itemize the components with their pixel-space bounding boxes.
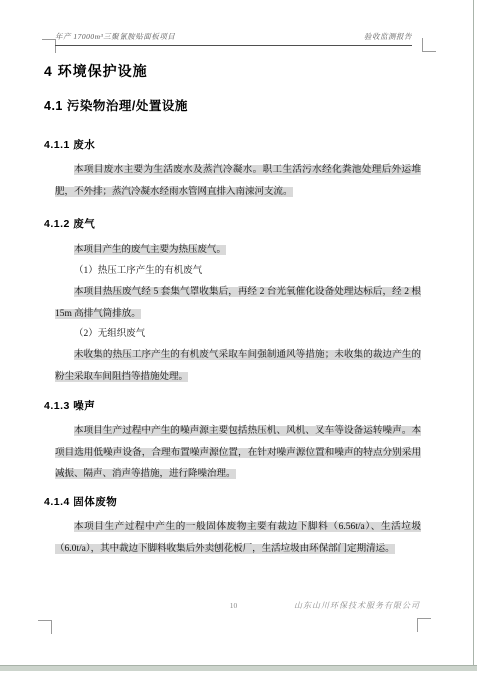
header-report-type: 验收监测报告 xyxy=(364,31,412,42)
crop-mark-top-left xyxy=(42,39,56,53)
page-right-edge xyxy=(473,0,474,665)
highlighted-text: 本项目废水主要为生活废水及蒸汽冷凝水。职工生活污水经化粪池处理后外运堆肥，不外排… xyxy=(55,165,421,197)
wastegas-item-2-label: （2）无组织废气 xyxy=(55,324,421,346)
page-bottom-edge xyxy=(0,665,477,671)
section-4-1-3-heading: 4.1.3 噪声 xyxy=(44,398,95,413)
section-4-1-2-heading: 4.1.2 废气 xyxy=(44,216,95,231)
section-4-1-1-heading: 4.1.1 废水 xyxy=(44,137,95,152)
document-page: 年产 17000m³三聚氰胺贴面板项目 验收监测报告 4 环境保护设施 4.1 … xyxy=(0,0,477,674)
highlighted-text: 未收集的热压工序产生的有机废气采取车间强制通风等措施；未收集的裁边产生的粉尘采取… xyxy=(55,350,421,382)
wastegas-item-1-label: （1）热压工序产生的有机废气 xyxy=(55,261,421,283)
highlighted-text: 本项目生产过程中产生的一般固体废物主要有裁边下脚料（6.56t/a）、生活垃圾（… xyxy=(55,522,421,554)
footer-company-name: 山东山川环保技术服务有限公司 xyxy=(294,600,420,611)
highlighted-text: 本项目热压废气经 5 套集气罩收集后，再经 2 台光氧催化设备处理达标后，经 2… xyxy=(55,287,421,319)
highlighted-text: 本项目生产过程中产生的噪声源主要包括热压机、风机、叉车等设备运转噪声。本项目选用… xyxy=(55,426,421,479)
highlighted-text: 本项目产生的废气主要为热压废气。 xyxy=(74,245,226,255)
solidwaste-paragraph: 本项目生产过程中产生的一般固体废物主要有裁边下脚料（6.56t/a）、生活垃圾（… xyxy=(55,517,421,560)
noise-paragraph: 本项目生产过程中产生的噪声源主要包括热压机、风机、叉车等设备运转噪声。本项目选用… xyxy=(55,421,421,486)
wastegas-paragraph-2: 本项目热压废气经 5 套集气罩收集后，再经 2 台光氧催化设备处理达标后，经 2… xyxy=(55,282,421,325)
wastewater-paragraph: 本项目废水主要为生活废水及蒸汽冷凝水。职工生活污水经化粪池处理后外运堆肥，不外排… xyxy=(55,160,421,203)
section-4-1-heading: 4.1 污染物治理/处置设施 xyxy=(44,96,188,114)
wastegas-paragraph-1: 本项目产生的废气主要为热压废气。 xyxy=(55,240,421,262)
crop-mark-top-right xyxy=(422,38,436,52)
crop-mark-bottom-left xyxy=(38,620,52,634)
page-header: 年产 17000m³三聚氰胺贴面板项目 验收监测报告 xyxy=(55,31,412,46)
header-project-title: 年产 17000m³三聚氰胺贴面板项目 xyxy=(55,31,175,42)
wastegas-paragraph-3: 未收集的热压工序产生的有机废气采取车间强制通风等措施；未收集的裁边产生的粉尘采取… xyxy=(55,345,421,388)
crop-mark-bottom-right xyxy=(417,618,431,632)
section-4-1-4-heading: 4.1.4 固体废物 xyxy=(44,494,117,509)
chapter-heading: 4 环境保护设施 xyxy=(44,61,148,81)
